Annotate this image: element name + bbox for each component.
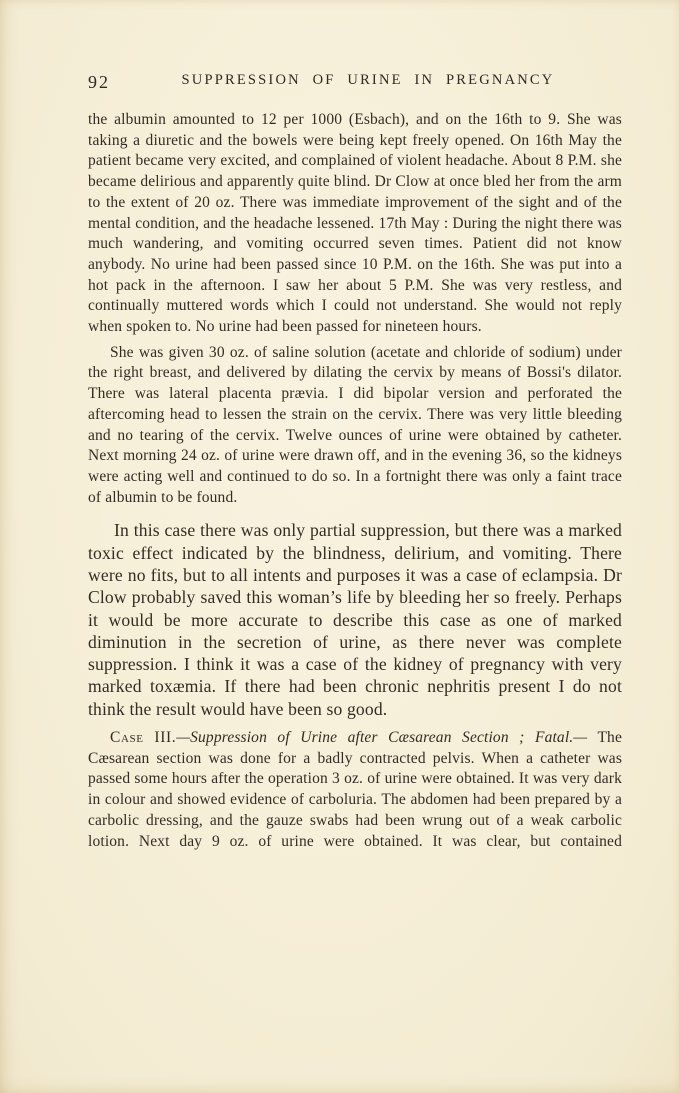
text-block: 92 SUPPRESSION OF URINE IN PREGNANCY the… [88,72,622,852]
page-number: 92 [88,72,110,93]
paragraph-case2-delivery: She was given 30 oz. of saline solution … [88,343,622,509]
case3-title: —Suppression of Urine after Cæsarean Sec… [176,729,587,746]
case3-label: Case III. [110,729,176,746]
paragraph-case3: Case III.—Suppression of Urine after Cæs… [88,728,622,852]
paragraph-case2-continuation: the albumin amounted to 12 per 1000 (Esb… [88,110,622,338]
page-header: 92 SUPPRESSION OF URINE IN PREGNANCY [88,72,622,94]
running-title: SUPPRESSION OF URINE IN PREGNANCY [88,72,622,89]
book-page: 92 SUPPRESSION OF URINE IN PREGNANCY the… [0,0,679,1093]
paragraph-case2-discussion: In this case there was only partial supp… [88,519,622,720]
case3-text: The Cæsarean section was done for a badl… [88,729,622,850]
